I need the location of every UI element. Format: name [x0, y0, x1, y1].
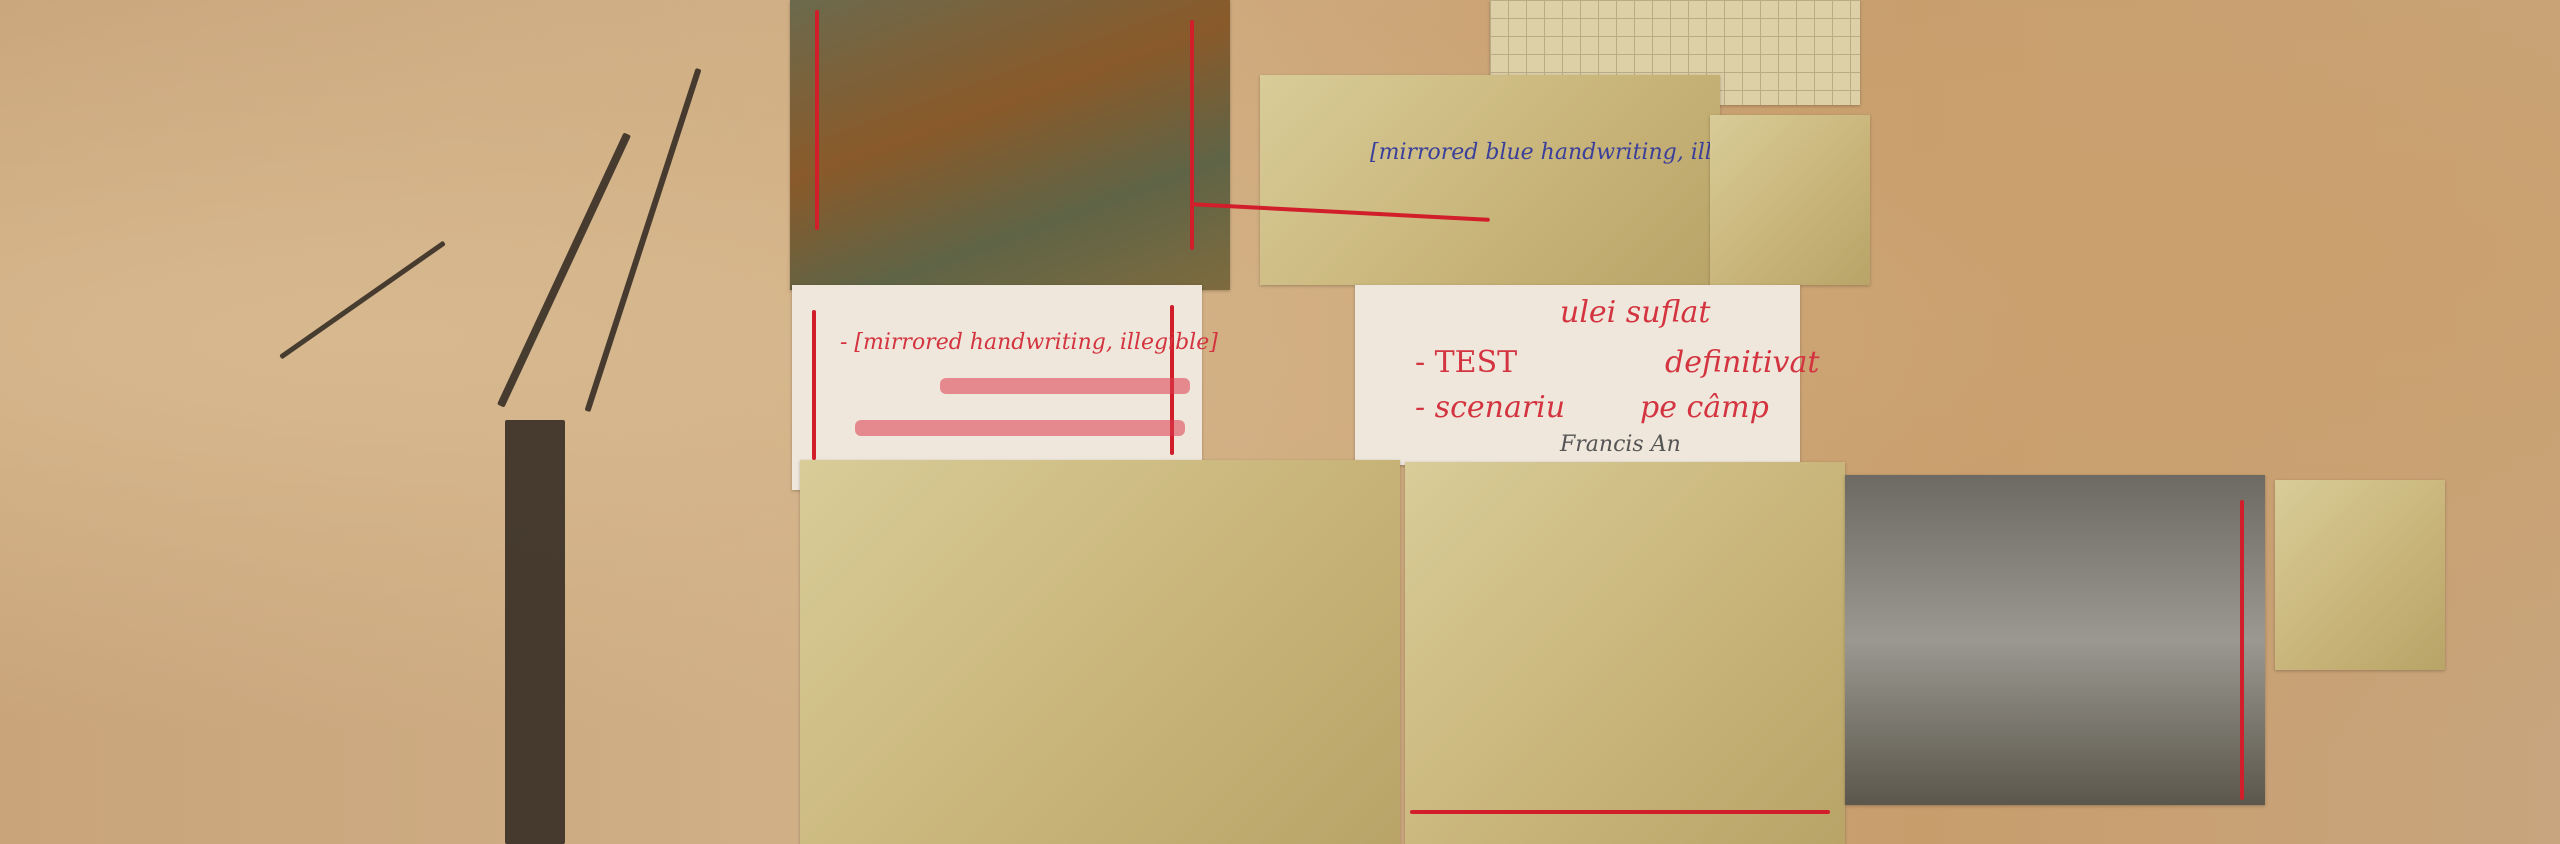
thread-stitch — [2240, 500, 2244, 800]
strike-through — [855, 420, 1185, 436]
strike-through — [940, 378, 1190, 394]
thread-stitch — [1190, 20, 1194, 250]
tree-photograph — [1845, 475, 2265, 805]
right-small-sheet — [2275, 480, 2445, 670]
thread-stitch — [812, 310, 816, 460]
thread-stitch — [815, 10, 819, 230]
brush-stroke-vertical — [505, 420, 565, 844]
rusted-fabric-fragment — [790, 0, 1230, 290]
note-line-1-end: definitivat — [1665, 345, 1819, 380]
note-insert: ulei suflat — [1560, 295, 1710, 330]
left-note-line-1: - [mirrored handwriting, illegible] — [840, 330, 1218, 355]
note-line-2: - scenariu — [1415, 390, 1565, 425]
blue-note-fragment — [1260, 75, 1720, 285]
signature: Francis An — [1560, 432, 1681, 457]
lower-left-sheet — [800, 460, 1400, 844]
note-line-2-end: pe câmp — [1640, 390, 1769, 425]
small-note-fragment — [1710, 115, 1870, 285]
note-line-1: - TEST — [1415, 345, 1517, 380]
lower-middle-sheet — [1405, 462, 1845, 844]
thread-line-bottom — [1410, 810, 1830, 814]
